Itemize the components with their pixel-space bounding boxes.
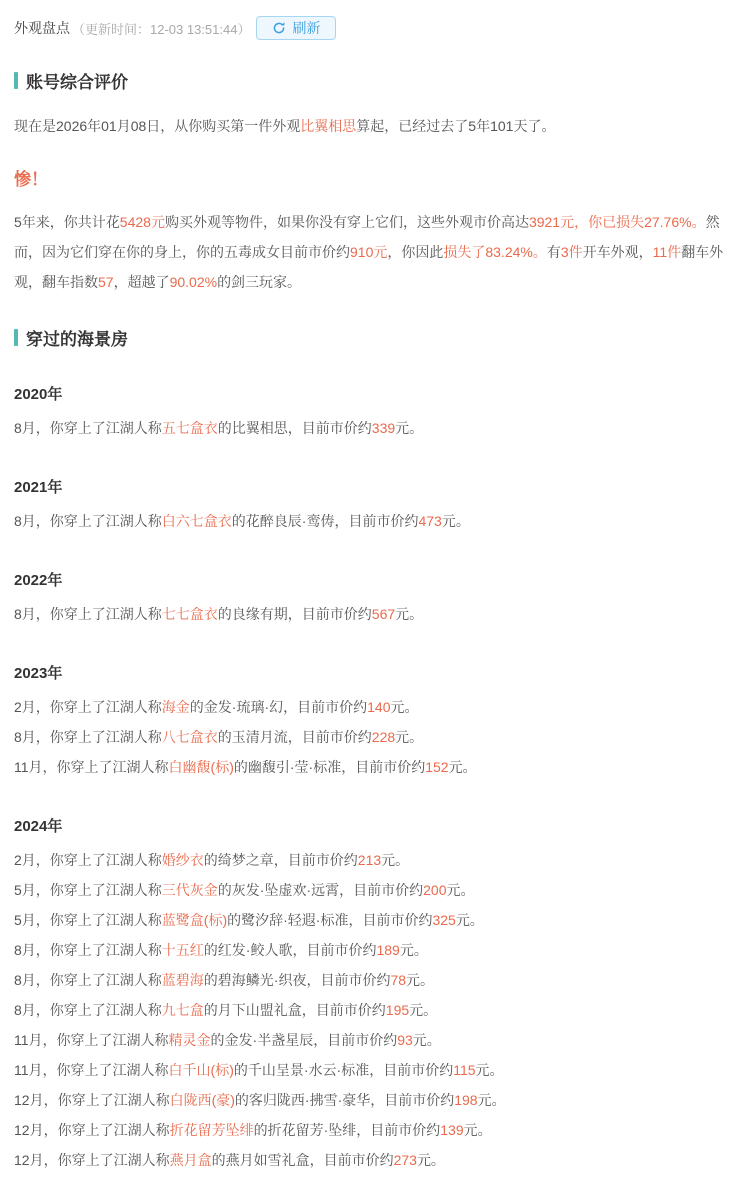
item-price: 325 [432,912,455,928]
item-outfit: 的花醉良辰·鸾俦，目前市价约 [232,513,419,529]
item-price: 198 [454,1092,477,1108]
item-nickname: 婚纱衣 [162,852,204,868]
item-suffix: 元。 [413,1032,441,1048]
year-items: 8月，你穿上了江湖人称五七盒衣的比翼相思，目前市价约339元。 [14,413,742,443]
item-outfit: 的绮梦之章，目前市价约 [204,852,358,868]
item-nickname: 九七盒 [162,1002,204,1018]
item-nickname: 白陇西(豪) [170,1092,235,1108]
item-line: 8月，你穿上了江湖人称八七盒衣的玉清月流，目前市价约228元。 [14,722,742,752]
page: 外观盘点 （更新时间：12-03 13:51:44） 刷新 账号综合评价 现在是… [0,0,756,1199]
item-line: 5月，你穿上了江湖人称蓝鹭盒(标)的鹭汐辞·轻遐·标准，目前市价约325元。 [14,905,742,935]
refresh-icon [272,21,286,35]
plain-text: ，你因此 [387,244,443,260]
year-block: 2022年 8月，你穿上了江湖人称七七盒衣的良缘有期，目前市价约567元。 [14,569,742,629]
item-price: 213 [358,852,381,868]
item-outfit: 的幽馥引·莹·标准，目前市价约 [234,759,425,775]
highlight-text: 损失了83.24%。 [443,244,546,260]
item-price: 339 [372,420,395,436]
item-price: 189 [376,942,399,958]
item-line: 11月，你穿上了江湖人称白千山(标)的千山呈景·水云·标准，目前市价约115元。 [14,1055,742,1085]
highlight-text: 57 [98,274,114,290]
item-line: 11月，你穿上了江湖人称精灵金的金发·半盏星辰，目前市价约93元。 [14,1025,742,1055]
summary-heading-text: 账号综合评价 [26,68,128,93]
item-prefix: 11月，你穿上了江湖人称 [14,1062,169,1078]
plain-text: 开车外观， [583,244,653,260]
summary-section: 账号综合评价 现在是2026年01月08日，从你购买第一件外观比翼相思算起，已经… [14,68,742,297]
item-nickname: 白千山(标) [169,1062,234,1078]
item-suffix: 元。 [476,1062,504,1078]
item-prefix: 2月，你穿上了江湖人称 [14,852,162,868]
item-outfit: 的红发·鲛人歌，目前市价约 [204,942,377,958]
highlight-text: 3921元，你已损失27.76%。 [529,214,706,230]
item-line: 5月，你穿上了江湖人称三代灰金的灰发·坠虚欢·远霄，目前市价约200元。 [14,875,742,905]
item-line: 8月，你穿上了江湖人称白六七盒衣的花醉良辰·鸾俦，目前市价约473元。 [14,506,742,536]
plain-text: 5年来，你共计花 [14,214,120,230]
item-outfit: 的良缘有期，目前市价约 [218,606,372,622]
summary-detail-paragraph: 5年来，你共计花5428元购买外观等物件，如果你没有穿上它们，这些外观市价高达3… [14,207,742,297]
heading-bar [14,329,18,346]
item-suffix: 元。 [395,606,423,622]
refresh-label: 刷新 [292,21,320,35]
item-nickname: 燕月盒 [170,1152,212,1168]
item-price: 140 [367,699,390,715]
item-prefix: 11月，你穿上了江湖人称 [14,1032,169,1048]
item-outfit: 的金发·半盏星辰，目前市价约 [211,1032,398,1048]
year-title: 2022年 [14,569,742,590]
item-price: 473 [418,513,441,529]
highlight-text: 910元 [350,244,387,260]
item-suffix: 元。 [390,699,418,715]
refresh-button[interactable]: 刷新 [256,16,336,40]
item-suffix: 元。 [395,420,423,436]
item-nickname: 七七盒衣 [162,606,218,622]
item-line: 8月，你穿上了江湖人称十五红的红发·鲛人歌，目前市价约189元。 [14,935,742,965]
item-prefix: 8月，你穿上了江湖人称 [14,729,162,745]
year-title: 2023年 [14,662,742,683]
item-prefix: 12月，你穿上了江湖人称 [14,1092,170,1108]
item-price: 139 [440,1122,463,1138]
item-suffix: 元。 [464,1122,492,1138]
item-line: 12月，你穿上了江湖人称折花留芳坠绯的折花留芳·坠绯，目前市价约139元。 [14,1115,742,1145]
year-block: 2021年 8月，你穿上了江湖人称白六七盒衣的花醉良辰·鸾俦，目前市价约473元… [14,476,742,536]
item-price: 195 [386,1002,409,1018]
item-price: 93 [397,1032,413,1048]
year-items: 8月，你穿上了江湖人称七七盒衣的良缘有期，目前市价约567元。 [14,599,742,629]
item-prefix: 8月，你穿上了江湖人称 [14,942,162,958]
item-outfit: 的折花留芳·坠绯，目前市价约 [254,1122,441,1138]
highlight-text: 5428元 [120,214,165,230]
item-nickname: 海金 [162,699,190,715]
year-items: 2月，你穿上了江湖人称海金的金发·琉璃·幻，目前市价约140元。 8月，你穿上了… [14,692,742,782]
item-suffix: 元。 [406,972,434,988]
item-suffix: 元。 [381,852,409,868]
item-nickname: 三代灰金 [162,882,218,898]
item-price: 567 [372,606,395,622]
item-outfit: 的月下山盟礼盒，目前市价约 [204,1002,386,1018]
page-title: 外观盘点 [14,18,70,38]
heading-bar [14,72,18,89]
item-prefix: 5月，你穿上了江湖人称 [14,882,162,898]
item-outfit: 的玉清月流，目前市价约 [218,729,372,745]
item-suffix: 元。 [449,759,477,775]
highlight-text: 90.02% [170,274,217,290]
item-outfit: 的鹭汐辞·轻遐·标准，目前市价约 [227,912,432,928]
plain-text: 购买外观等物件，如果你没有穿上它们，这些外观市价高达 [165,214,529,230]
year-items: 2月，你穿上了江湖人称婚纱衣的绮梦之章，目前市价约213元。 5月，你穿上了江湖… [14,845,742,1175]
item-price: 78 [390,972,406,988]
year-title: 2021年 [14,476,742,497]
item-prefix: 8月，你穿上了江湖人称 [14,972,162,988]
year-block: 2023年 2月，你穿上了江湖人称海金的金发·琉璃·幻，目前市价约140元。 8… [14,662,742,782]
item-suffix: 元。 [400,942,428,958]
item-suffix: 元。 [417,1152,445,1168]
item-prefix: 8月，你穿上了江湖人称 [14,420,162,436]
item-line: 8月，你穿上了江湖人称蓝碧海的碧海鳞光·织夜，目前市价约78元。 [14,965,742,995]
item-line: 8月，你穿上了江湖人称五七盒衣的比翼相思，目前市价约339元。 [14,413,742,443]
item-line: 8月，你穿上了江湖人称九七盒的月下山盟礼盒，目前市价约195元。 [14,995,742,1025]
item-prefix: 5月，你穿上了江湖人称 [14,912,162,928]
item-nickname: 白六七盒衣 [162,513,232,529]
item-suffix: 元。 [395,729,423,745]
item-suffix: 元。 [478,1092,506,1108]
item-suffix: 元。 [409,1002,437,1018]
summary-section-heading: 账号综合评价 [14,68,742,93]
item-outfit: 的金发·琉璃·幻，目前市价约 [190,699,367,715]
highlight-text: 11件 [653,244,682,260]
item-nickname: 五七盒衣 [162,420,218,436]
item-suffix: 元。 [442,513,470,529]
item-outfit: 的比翼相思，目前市价约 [218,420,372,436]
item-outfit: 的千山呈景·水云·标准，目前市价约 [234,1062,453,1078]
item-suffix: 元。 [446,882,474,898]
item-nickname: 白幽馥(标) [169,759,234,775]
item-nickname: 蓝鹭盒(标) [162,912,227,928]
item-nickname: 折花留芳坠绯 [170,1122,254,1138]
years-list: 2020年 8月，你穿上了江湖人称五七盒衣的比翼相思，目前市价约339元。 20… [14,383,742,1175]
item-line: 2月，你穿上了江湖人称婚纱衣的绮梦之章，目前市价约213元。 [14,845,742,875]
item-outfit: 的客归陇西·拂雪·豪华，目前市价约 [235,1092,454,1108]
year-items: 8月，你穿上了江湖人称白六七盒衣的花醉良辰·鸾俦，目前市价约473元。 [14,506,742,536]
highlight-text: 比翼相思 [300,118,356,134]
history-heading-text: 穿过的海景房 [26,325,128,350]
year-title: 2020年 [14,383,742,404]
item-prefix: 12月，你穿上了江湖人称 [14,1122,170,1138]
item-line: 8月，你穿上了江湖人称七七盒衣的良缘有期，目前市价约567元。 [14,599,742,629]
item-suffix: 元。 [456,912,484,928]
item-prefix: 8月，你穿上了江湖人称 [14,513,162,529]
item-price: 200 [423,882,446,898]
item-outfit: 的碧海鳞光·织夜，目前市价约 [204,972,391,988]
item-prefix: 8月，你穿上了江湖人称 [14,606,162,622]
plain-text: 有 [547,244,561,260]
item-nickname: 蓝碧海 [162,972,204,988]
item-prefix: 2月，你穿上了江湖人称 [14,699,162,715]
summary-intro-paragraph: 现在是2026年01月08日，从你购买第一件外观比翼相思算起，已经过去了5年10… [14,111,742,141]
item-nickname: 精灵金 [169,1032,211,1048]
item-nickname: 八七盒衣 [162,729,218,745]
plain-text: 的剑三玩家。 [217,274,301,290]
item-line: 2月，你穿上了江湖人称海金的金发·琉璃·幻，目前市价约140元。 [14,692,742,722]
item-outfit: 的灰发·坠虚欢·远霄，目前市价约 [218,882,423,898]
item-prefix: 8月，你穿上了江湖人称 [14,1002,162,1018]
year-title: 2024年 [14,815,742,836]
verdict-text: 惨！ [14,165,742,190]
update-time: （更新时间：12-03 13:51:44） [72,19,250,38]
plain-text: 算起，已经过去了5年101天了。 [356,118,555,134]
item-prefix: 11月，你穿上了江湖人称 [14,759,169,775]
item-price: 228 [372,729,395,745]
year-block: 2024年 2月，你穿上了江湖人称婚纱衣的绮梦之章，目前市价约213元。 5月，… [14,815,742,1175]
plain-text: ，超越了 [114,274,170,290]
year-block: 2020年 8月，你穿上了江湖人称五七盒衣的比翼相思，目前市价约339元。 [14,383,742,443]
item-outfit: 的燕月如雪礼盒，目前市价约 [212,1152,394,1168]
item-price: 152 [425,759,448,775]
item-price: 273 [394,1152,417,1168]
item-line: 11月，你穿上了江湖人称白幽馥(标)的幽馥引·莹·标准，目前市价约152元。 [14,752,742,782]
highlight-text: 3件 [561,244,583,260]
header-row: 外观盘点 （更新时间：12-03 13:51:44） 刷新 [14,16,742,40]
item-prefix: 12月，你穿上了江湖人称 [14,1152,170,1168]
plain-text: 现在是2026年01月08日，从你购买第一件外观 [14,118,300,134]
item-line: 12月，你穿上了江湖人称白陇西(豪)的客归陇西·拂雪·豪华，目前市价约198元。 [14,1085,742,1115]
history-section: 穿过的海景房 2020年 8月，你穿上了江湖人称五七盒衣的比翼相思，目前市价约3… [14,325,742,1175]
history-section-heading: 穿过的海景房 [14,325,742,350]
item-nickname: 十五红 [162,942,204,958]
item-price: 115 [453,1062,475,1078]
item-line: 12月，你穿上了江湖人称燕月盒的燕月如雪礼盒，目前市价约273元。 [14,1145,742,1175]
